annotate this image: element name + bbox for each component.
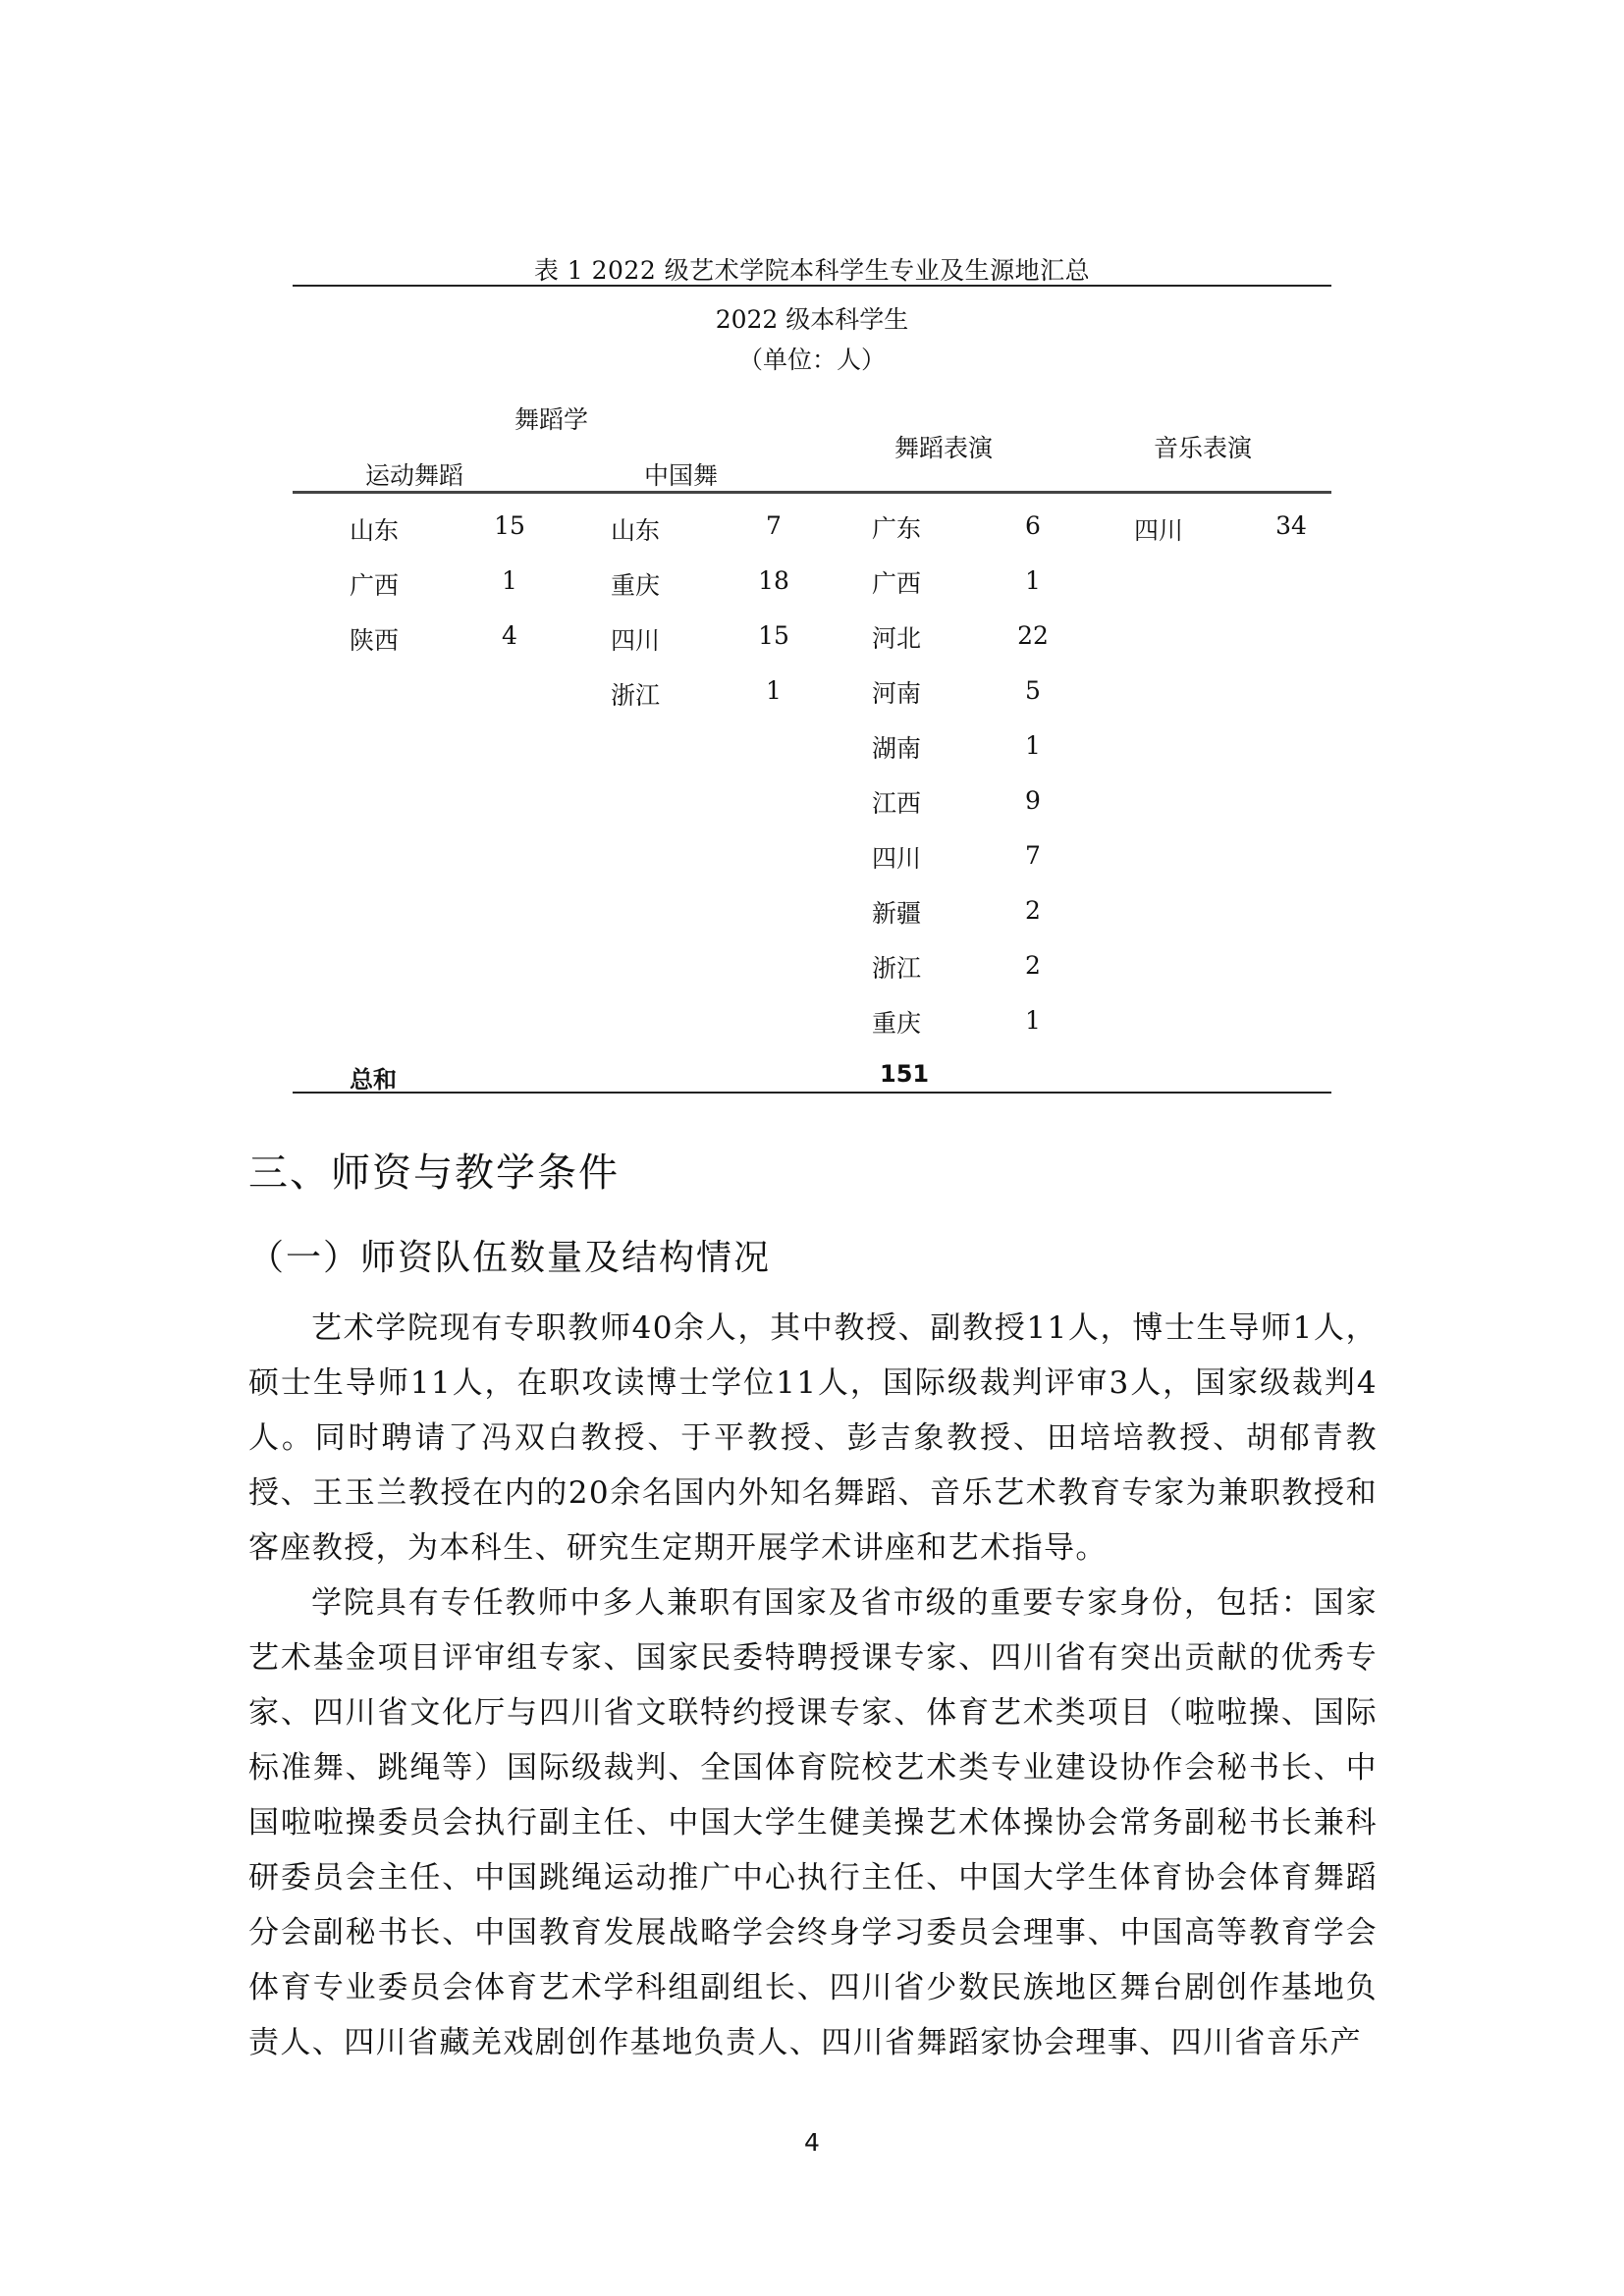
total-label: 总和 xyxy=(350,1060,397,1095)
count-cell: 22 xyxy=(1003,621,1062,650)
table-caption: 表 1 2022 级艺术学院本科学生专业及生源地汇总 xyxy=(0,251,1624,287)
region-cell: 重庆 xyxy=(611,566,660,602)
region-cell: 江西 xyxy=(872,784,921,820)
region-cell: 山东 xyxy=(350,511,399,547)
region-cell: 浙江 xyxy=(611,676,660,712)
region-cell: 河南 xyxy=(872,674,921,710)
count-cell: 1 xyxy=(480,566,539,595)
count-cell: 1 xyxy=(1003,1006,1062,1035)
count-cell: 2 xyxy=(1003,896,1062,925)
region-cell: 陕西 xyxy=(350,621,399,657)
table-top-rule xyxy=(293,285,1331,287)
region-cell: 四川 xyxy=(872,839,921,875)
region-cell: 广东 xyxy=(872,509,921,545)
count-cell: 15 xyxy=(744,621,803,650)
region-cell: 浙江 xyxy=(872,949,921,985)
region-cell: 四川 xyxy=(611,621,660,657)
subsection-heading: （一）师资队伍数量及结构情况 xyxy=(248,1230,771,1280)
count-cell: 7 xyxy=(744,511,803,540)
region-cell: 广西 xyxy=(350,566,399,602)
column-header-chinese-dance: 中国舞 xyxy=(644,456,718,492)
column-header-music-performance: 音乐表演 xyxy=(1154,429,1252,464)
count-cell: 1 xyxy=(1003,566,1062,595)
count-cell: 6 xyxy=(1003,511,1062,540)
region-cell: 重庆 xyxy=(872,1004,921,1040)
count-cell: 1 xyxy=(1003,731,1062,760)
region-cell: 广西 xyxy=(872,564,921,600)
count-cell: 5 xyxy=(1003,676,1062,705)
region-cell: 山东 xyxy=(611,511,660,547)
total-value: 151 xyxy=(880,1060,929,1088)
section-heading: 三、师资与教学条件 xyxy=(248,1142,620,1198)
table-bottom-rule xyxy=(293,1092,1331,1094)
count-cell: 4 xyxy=(480,621,539,650)
count-cell: 9 xyxy=(1003,786,1062,815)
region-cell: 新疆 xyxy=(872,894,921,930)
count-cell: 7 xyxy=(1003,841,1062,870)
paragraph: 学院具有专任教师中多人兼职有国家及省市级的重要专家身份，包括：国家艺术基金项目评… xyxy=(248,1575,1378,2070)
body-text: 艺术学院现有专职教师40余人，其中教授、副教授11人，博士生导师1人，硕士生导师… xyxy=(248,1301,1378,2070)
count-cell: 2 xyxy=(1003,951,1062,980)
column-header-sport-dance: 运动舞蹈 xyxy=(365,456,463,492)
count-cell: 15 xyxy=(480,511,539,540)
paragraph: 艺术学院现有专职教师40余人，其中教授、副教授11人，博士生导师1人，硕士生导师… xyxy=(248,1301,1378,1575)
column-header-dance-performance: 舞蹈表演 xyxy=(894,429,993,464)
region-cell: 湖南 xyxy=(872,729,921,765)
region-cell: 四川 xyxy=(1134,511,1183,547)
count-cell: 1 xyxy=(744,676,803,705)
count-cell: 34 xyxy=(1262,511,1321,540)
region-cell: 河北 xyxy=(872,619,921,655)
group-header-dance-studies: 舞蹈学 xyxy=(514,400,588,436)
table-header-title: 2022 级本科学生 xyxy=(293,300,1331,336)
count-cell: 18 xyxy=(744,566,803,595)
page-number: 4 xyxy=(0,2128,1624,2157)
table-header-unit: （单位：人） xyxy=(293,341,1331,376)
